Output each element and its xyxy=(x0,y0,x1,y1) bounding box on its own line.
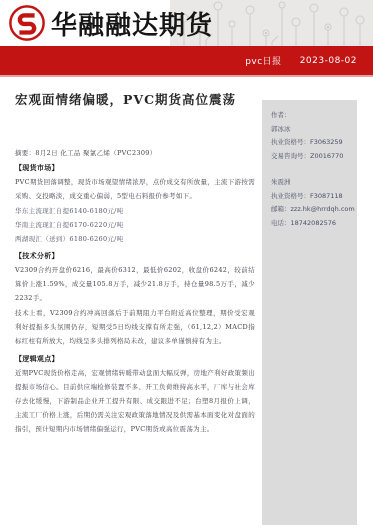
author2-name: 朱震洲 xyxy=(271,176,357,190)
section-heading-logic: 【逻辑观点】 xyxy=(15,352,255,366)
author2-email: 邮箱：zzz.hk@hrrdqh.com xyxy=(271,203,357,217)
author-sidebar: 作者： 郭冰冰 执业资格号：F3063259 交易咨询号：Z0016770 朱震… xyxy=(262,100,357,525)
company-name: 华融融达期货 xyxy=(51,5,213,42)
brand-row: 华融融达期货 xyxy=(8,4,213,42)
report-title: 宏观面情绪偏暖，PVC期货高位震荡 xyxy=(15,90,260,108)
author1-advisory: 交易咨询号：Z0016770 xyxy=(271,150,357,164)
author-label: 作者： xyxy=(271,109,357,123)
logic-paragraph: 近期PVC现货价格走高，宏观情绪转暖带动盘面大幅反弹，房地产利好政策频出提振市场… xyxy=(15,366,255,436)
report-page: 华融融达期货 pvc日报 2023-08-02 宏观面情绪偏暖，PVC期货高位震… xyxy=(0,0,373,528)
price-line-south: 华南主流现汇自提6170-6220元/吨 xyxy=(15,218,255,232)
report-banner: pvc日报 2023-08-02 xyxy=(0,46,373,77)
author2-phone: 电话：18742082576 xyxy=(271,217,357,231)
technical-paragraph-2: 技术上看，V2309合约冲高回落后于前期阻力平台附近高位整理，期价受宏观利好提振… xyxy=(15,306,255,348)
technical-paragraph-1: V2309合约开盘价6216，最高价6312，最低价6202，收盘价6242，较… xyxy=(15,263,255,305)
report-body: 摘要：8月2日 化工品 聚氯乙烯（PVC2309） 【现货市场】 PVC期货回落… xyxy=(15,146,255,437)
huarong-logo-icon xyxy=(8,4,46,42)
report-date: 2023-08-02 xyxy=(300,56,357,66)
section-heading-spot: 【现货市场】 xyxy=(15,161,255,175)
report-type-label: pvc日报 xyxy=(245,54,282,67)
page-header: 华融融达期货 xyxy=(0,0,373,46)
price-line-lakes: 两湖现汇（送到）6180-6260元/吨 xyxy=(15,232,255,246)
author1-name: 郭冰冰 xyxy=(271,123,357,137)
spot-paragraph: PVC期货回落调整，现货市场观望情绪浓厚，点价成交有所放量，主流下游按需采购、交… xyxy=(15,175,255,203)
author1-qualification: 执业资格号：F3063259 xyxy=(271,136,357,150)
author2-qualification: 执业资格号：F3087118 xyxy=(271,190,357,204)
price-line-east: 华东主流现汇自提6140-6180元/吨 xyxy=(15,204,255,218)
summary-line: 摘要：8月2日 化工品 聚氯乙烯（PVC2309） xyxy=(15,146,255,160)
section-heading-technical: 【技术分析】 xyxy=(15,249,255,263)
